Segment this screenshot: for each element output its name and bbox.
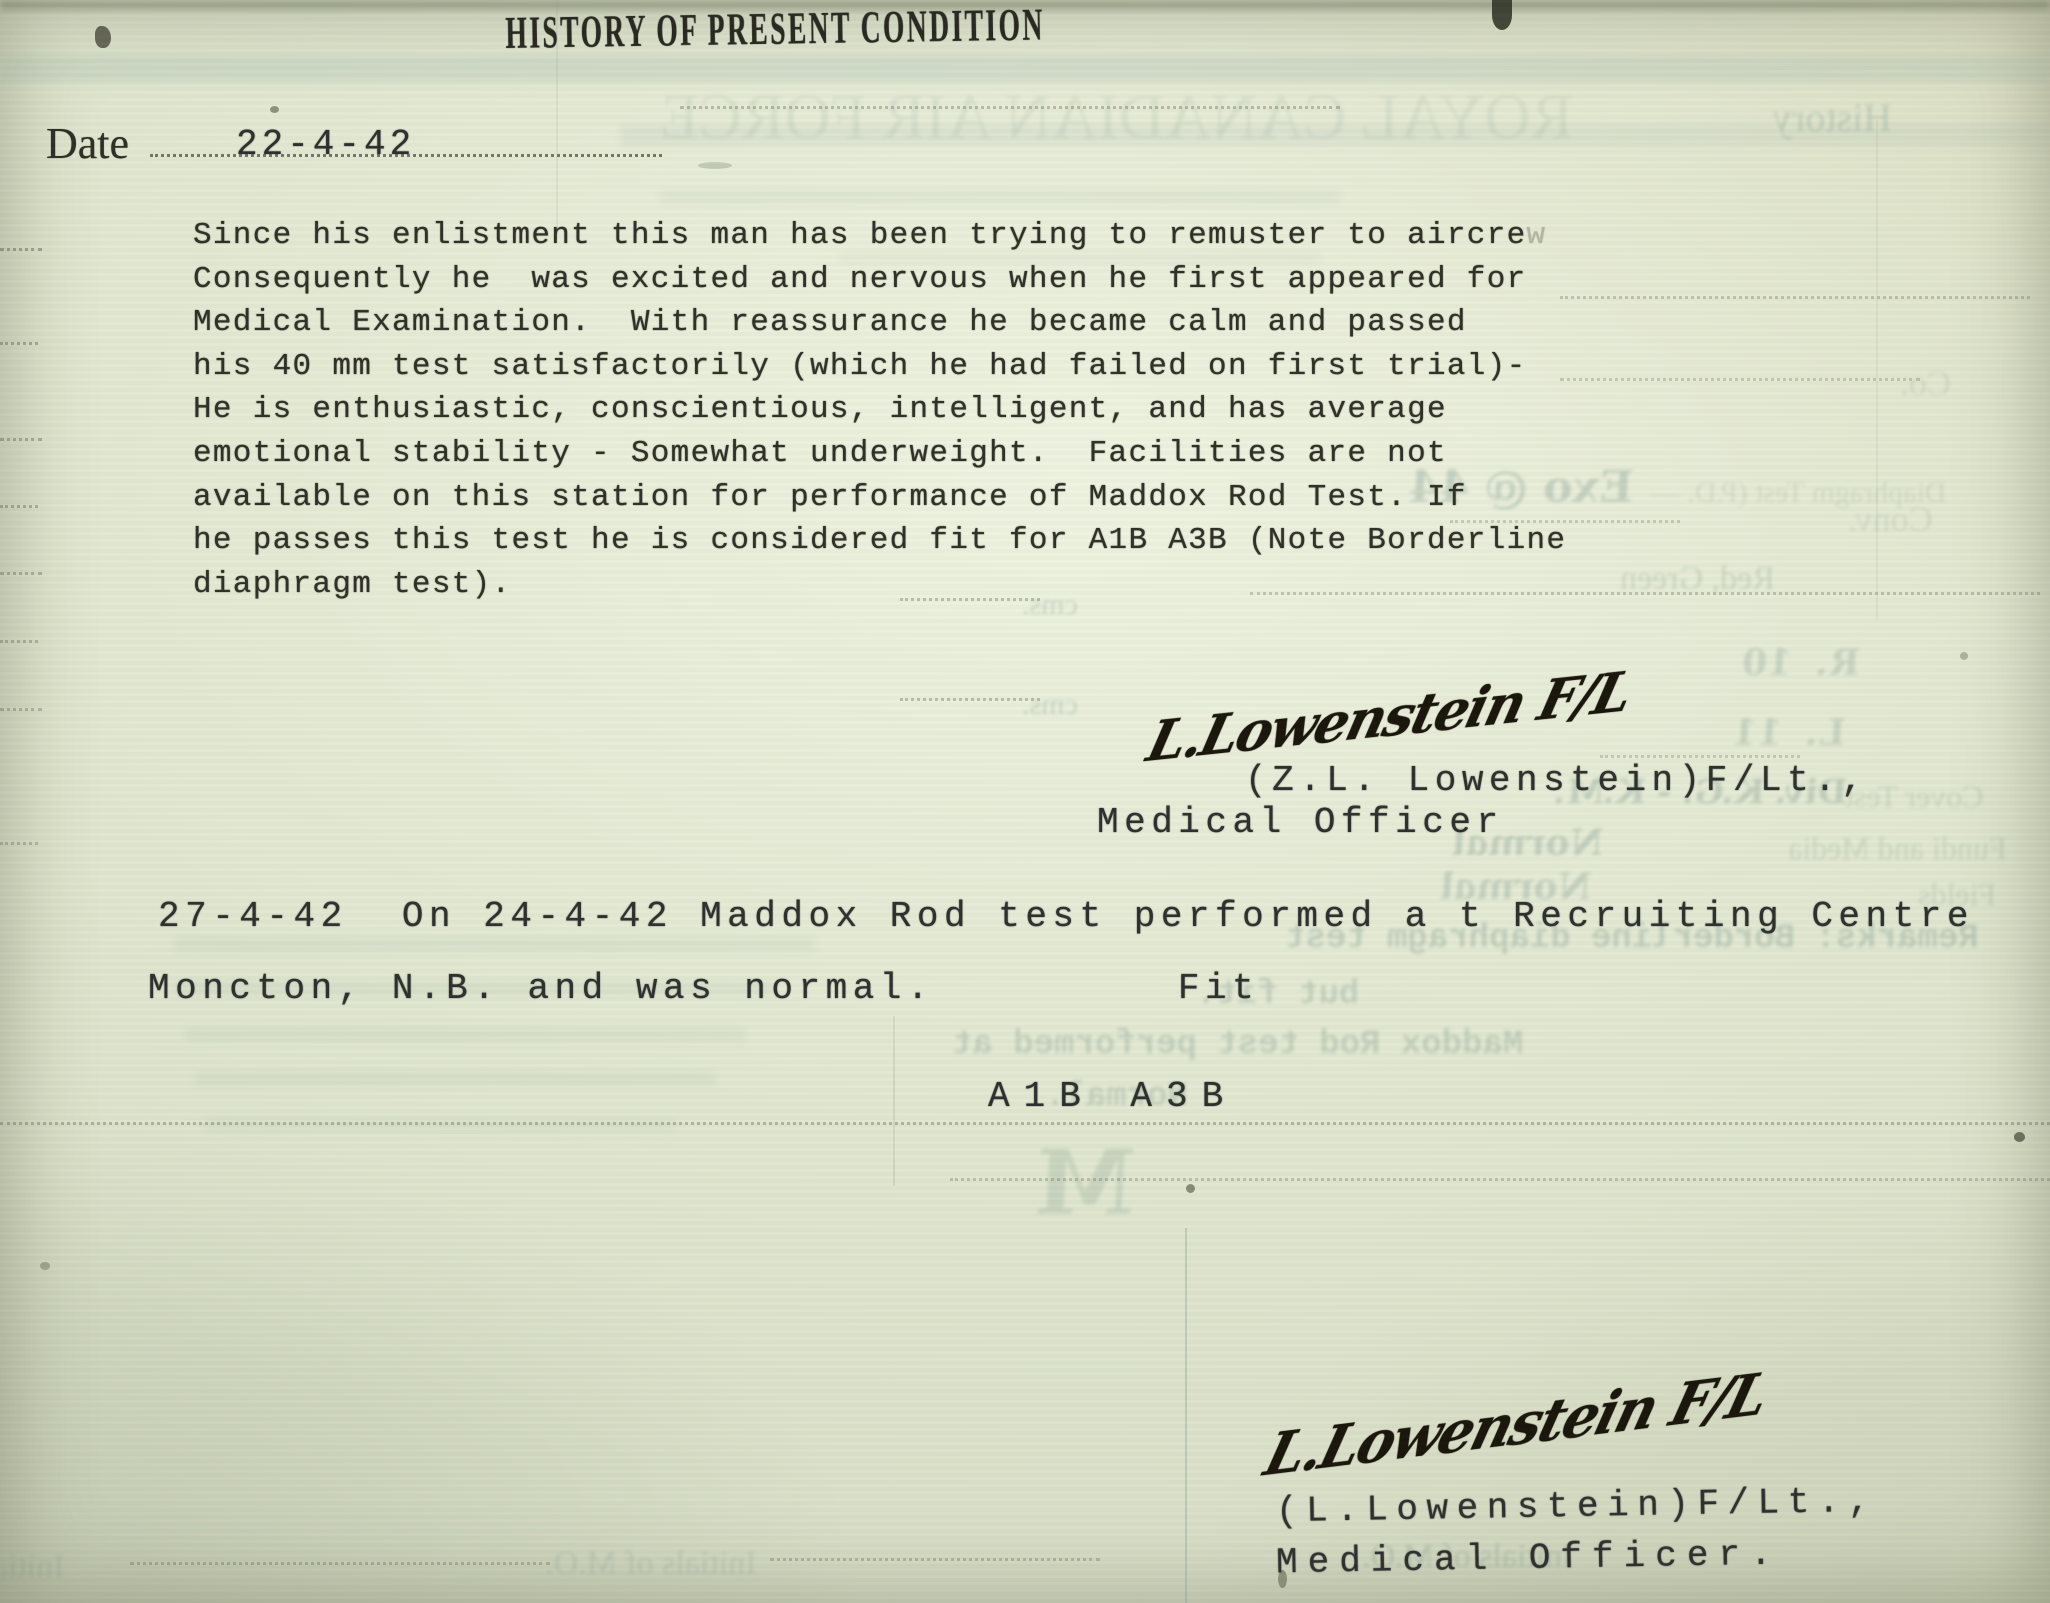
bleedthrough-text: Diaphragm Test (P.D. —: [1650, 476, 1946, 510]
ruled-dotted-line: [1600, 755, 1800, 758]
bleedthrough-rule: [1876, 120, 1878, 620]
bleedthrough-text: History: [1772, 94, 1892, 141]
bleedthrough-blur-line: [205, 1118, 675, 1131]
typed-line: Consequently he was excited and nervous …: [193, 258, 1566, 302]
typed-line: He is enthusiastic, conscientious, intel…: [193, 388, 1566, 432]
typed-entry-1: Since his enlistment this man has been t…: [193, 214, 1566, 606]
bleedthrough-text: cms.: [1022, 688, 1078, 722]
medical-category: A1B A3B: [988, 1076, 1237, 1117]
bleedthrough-text: Conv.: [1848, 498, 1933, 540]
ruled-dotted-line: [900, 698, 1040, 701]
ink-speck: [1492, 0, 1512, 30]
date-label: Date: [46, 118, 129, 169]
signature-typed-name: (L.Lowenstein)F/Lt.,: [1276, 1481, 1879, 1533]
ruled-dotted-line: [130, 1562, 550, 1565]
bleedthrough-text: Initials: [0, 1548, 64, 1586]
bleedthrough-text: ROYAL CANADIAN AIR FORCE: [660, 80, 1573, 154]
bleedthrough-text: Initials of M.O.: [545, 1545, 757, 1583]
bleedthrough-blur-line: [660, 190, 1340, 204]
bleedthrough-text: R. 10: [1737, 642, 1865, 684]
ruled-dotted-line: [0, 248, 42, 251]
ruled-dotted-line: [0, 1122, 2050, 1125]
typed-line: Moncton, N.B. and was normal. Fit: [148, 968, 1259, 1009]
typed-line-faded-char: w: [1527, 218, 1547, 253]
ruled-dotted-line: [1560, 378, 1920, 381]
bleedthrough-blur-line: [195, 1072, 715, 1085]
bleedthrough-text: L. 11: [1727, 712, 1850, 754]
typed-line: Medical Examination. With reassurance he…: [193, 301, 1566, 345]
handwritten-signature: L.Lowenstein F/L: [1258, 1360, 1775, 1490]
bleedthrough-text: Maddox Rod test performed at: [952, 1026, 1523, 1064]
bleedthrough-text: Red, Green: [1620, 560, 1775, 598]
typed-line: emotional stability - Somewhat underweig…: [193, 432, 1566, 476]
bleedthrough-rule: [893, 1016, 895, 1186]
ruled-dotted-line: [0, 342, 38, 345]
typed-line: diaphragm test).: [193, 563, 1566, 607]
signature-typed-name: (Z.L. Lowenstein)F/Lt.,: [1245, 760, 1868, 801]
typed-line: available on this station for performanc…: [193, 476, 1566, 520]
ruled-dotted-line: [0, 572, 42, 575]
scan-band: [620, 124, 2050, 146]
ruled-dotted-line: [0, 842, 38, 845]
ruled-dotted-line: [680, 106, 1340, 109]
ink-speck: [698, 162, 732, 169]
ink-speck: [95, 26, 111, 48]
scanned-medical-form: ROYAL CANADIAN AIR FORCEHistoryCo.Exo @ …: [0, 0, 2050, 1603]
typed-line: his 40 mm test satisfactorily (which he …: [193, 345, 1566, 389]
ruled-dotted-line: [950, 1178, 2050, 1181]
bleedthrough-text: Fundi and Media: [1788, 830, 2007, 867]
page-title: HISTORY OF PRESENT CONDITION: [505, 0, 1045, 59]
handwritten-signature: L.Lowenstein F/L: [1141, 658, 1638, 775]
typed-line: Since his enlistment this man has been t…: [193, 214, 1566, 258]
scan-band: [0, 56, 2050, 82]
ruled-dotted-line: [0, 640, 38, 643]
ink-speck: [270, 106, 279, 113]
bleedthrough-rule: [1185, 1228, 1187, 1603]
typed-line-text: Since his enlistment this man has been t…: [193, 218, 1527, 253]
typed-line: he passes this test he is considered fit…: [193, 519, 1566, 563]
ink-speck: [2014, 1132, 2025, 1142]
ruled-dotted-line: [0, 708, 42, 711]
bleedthrough-blur-line: [185, 1028, 745, 1041]
ink-speck: [40, 1262, 50, 1270]
signature-typed-title: Medical Officer.: [1276, 1534, 1782, 1584]
ink-speck: [1186, 1184, 1195, 1193]
date-value: 22-4-42: [236, 124, 415, 165]
ink-speck: [1960, 652, 1968, 660]
bleedthrough-text: Co.: [1900, 362, 1951, 404]
ruled-dotted-line: [770, 1558, 1100, 1561]
signature-typed-title: Medical Officer: [1097, 802, 1504, 843]
ruled-dotted-line: [0, 438, 42, 441]
ruled-dotted-line: [1560, 296, 2030, 299]
typed-line: 27-4-42 On 24-4-42 Maddox Rod test perfo…: [158, 896, 1974, 937]
ruled-dotted-line: [0, 505, 38, 508]
bleedthrough-text: M: [1022, 1130, 1148, 1236]
bleedthrough-blur-line: [175, 938, 815, 951]
